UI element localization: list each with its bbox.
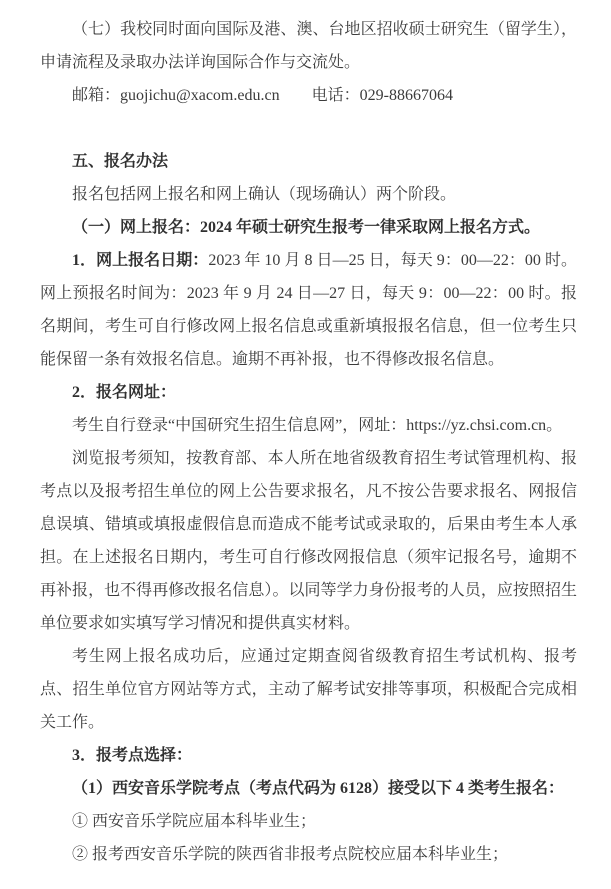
para-contact-info-segment-2: 电话：029-88667064 [312,87,453,104]
para-international-admission-segment-0: （七）我校同时面向国际及港、澳、台地区招收硕士研究生（留学生），申请流程及录取办… [40,21,577,71]
para-website-url: 考生自行登录“中国研究生招生信息网”，网址：https://yz.chsi.co… [40,409,577,442]
para-after-registration-segment-0: 考生网上报名成功后，应通过定期查阅省级教育招生考试机构、报考点、招生单位官方网站… [40,648,577,731]
para-after-registration: 考生网上报名成功后，应通过定期查阅省级教育招生考试机构、报考点、招生单位官方网站… [40,640,577,739]
heading-exam-site-selection-segment-0: 3．报考点选择： [72,747,192,764]
para-registration-dates-segment-0: 1．网上报名日期： [72,252,208,269]
para-contact-info-segment-1 [280,87,312,104]
heading-exam-site-selection: 3．报考点选择： [40,739,577,772]
heading-xian-conservatory-site-segment-0: （1）西安音乐学院考点（考点代码为 6128）接受以下 4 类考生报名： [72,780,564,797]
document-page: （七）我校同时面向国际及港、澳、台地区招收硕士研究生（留学生），申请流程及录取办… [0,0,611,889]
heading-xian-conservatory-site: （1）西安音乐学院考点（考点代码为 6128）接受以下 4 类考生报名： [40,772,577,805]
heading-section-5-registration-method: 五、报名办法 [40,145,577,178]
list-item-candidate-type-1-segment-0: ① 西安音乐学院应届本科毕业生； [72,813,316,830]
heading-registration-website-segment-0: 2．报名网址： [72,384,176,401]
para-registration-stages: 报名包括网上报名和网上确认（现场确认）两个阶段。 [40,178,577,211]
para-website-url-segment-0: 考生自行登录“中国研究生招生信息网”，网址：https://yz.chsi.co… [72,417,562,434]
list-item-candidate-type-2-segment-0: ② 报考西安音乐学院的陕西省非报考点院校应届本科毕业生； [72,846,508,863]
para-registration-stages-segment-0: 报名包括网上报名和网上确认（现场确认）两个阶段。 [72,186,456,203]
heading-online-registration: （一）网上报名：2024 年硕士研究生报考一律采取网上报名方式。 [40,211,577,244]
para-registration-notice: 浏览报考须知，按教育部、本人所在地省级教育招生考试管理机构、报考点以及报考招生单… [40,442,577,640]
document-body: （七）我校同时面向国际及港、澳、台地区招收硕士研究生（留学生），申请流程及录取办… [40,13,577,871]
para-international-admission: （七）我校同时面向国际及港、澳、台地区招收硕士研究生（留学生），申请流程及录取办… [40,13,577,79]
list-item-candidate-type-1: ① 西安音乐学院应届本科毕业生； [40,805,577,838]
list-item-candidate-type-2: ② 报考西安音乐学院的陕西省非报考点院校应届本科毕业生； [40,838,577,871]
para-registration-notice-segment-0: 浏览报考须知，按教育部、本人所在地省级教育招生考试管理机构、报考点以及报考招生单… [40,450,577,632]
heading-section-5-registration-method-segment-0: 五、报名办法 [72,153,168,170]
heading-registration-website: 2．报名网址： [40,376,577,409]
para-contact-info: 邮箱：guojichu@xacom.edu.cn 电话：029-88667064 [40,79,577,112]
para-contact-info-segment-0: 邮箱：guojichu@xacom.edu.cn [72,87,280,104]
para-registration-dates-segment-1: 2023 年 10 月 8 日—25 日，每天 9：00—22：00 时。网上预… [40,252,577,368]
para-registration-dates: 1．网上报名日期：2023 年 10 月 8 日—25 日，每天 9：00—22… [40,244,577,376]
heading-online-registration-segment-0: （一）网上报名：2024 年硕士研究生报考一律采取网上报名方式。 [72,219,540,236]
